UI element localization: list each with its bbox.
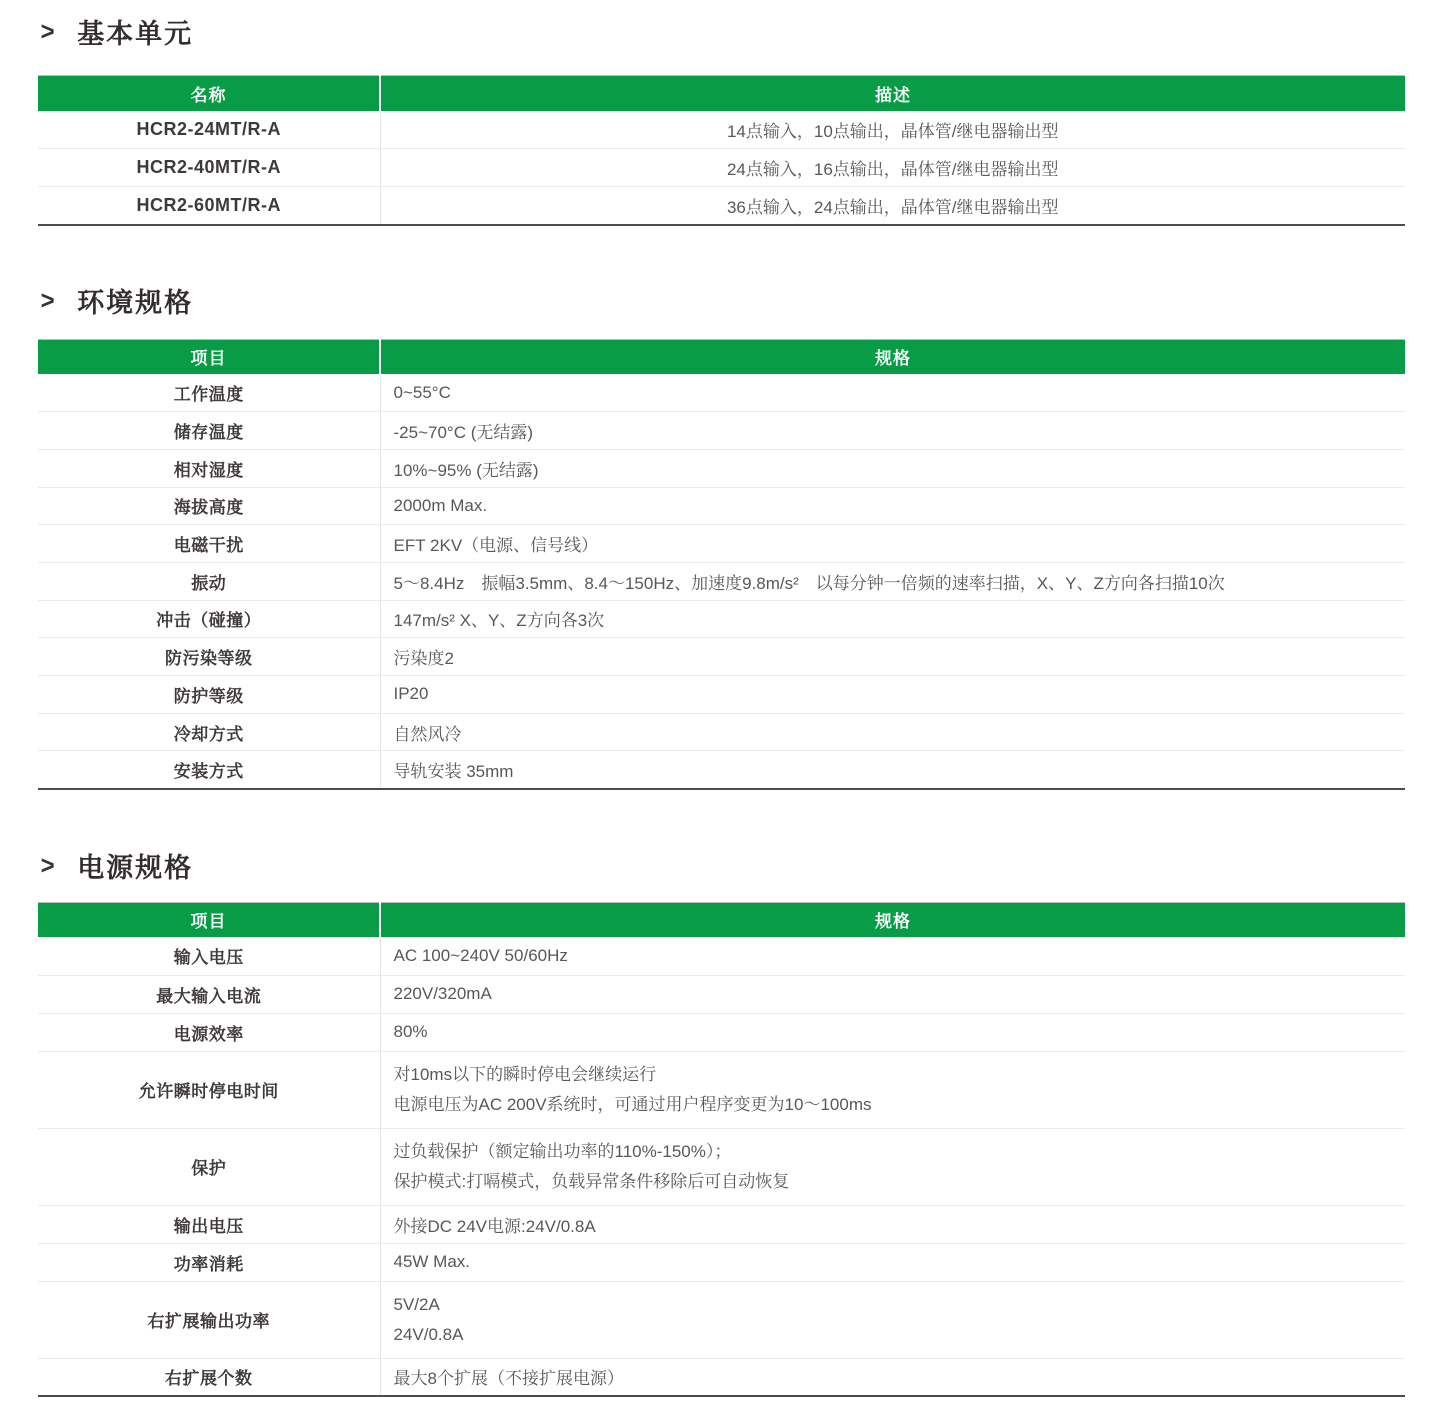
spec-value-cell: 0~55°C — [380, 374, 1405, 412]
column-header-spec: 规格 — [380, 339, 1405, 374]
spec-item-cell: 防污染等级 — [38, 638, 380, 676]
spec-item-cell: 右扩展个数 — [38, 1358, 380, 1396]
spec-value-cell: 最大8个扩展（不接扩展电源） — [380, 1358, 1405, 1396]
spec-item-cell: 右扩展输出功率 — [38, 1281, 380, 1358]
column-header-item: 项目 — [38, 339, 380, 374]
spec-item-cell: 工作温度 — [38, 374, 380, 412]
table-row: 振动 5～8.4Hz 振幅3.5mm、8.4～150Hz、加速度9.8m/s² … — [38, 562, 1405, 600]
header-row: 项目 规格 — [38, 902, 1405, 937]
spec-item-cell: 允许瞬时停电时间 — [38, 1051, 380, 1128]
table-row: 冷却方式 自然风冷 — [38, 713, 1405, 751]
spec-value-cell: 污染度2 — [380, 638, 1405, 676]
spec-value-line: 24V/0.8A — [394, 1320, 1406, 1350]
table-row: 冲击（碰撞） 147m/s² X、Y、Z方向各3次 — [38, 600, 1405, 638]
spec-value-line: 5V/2A — [394, 1290, 1406, 1320]
column-header-name: 名称 — [38, 76, 380, 111]
spec-value-cell: 导轨安装 35mm — [380, 751, 1405, 789]
column-header-desc: 描述 — [380, 76, 1405, 111]
model-desc-cell: 24点输入，16点输出，晶体管/继电器输出型 — [380, 149, 1405, 187]
model-desc-cell: 14点输入，10点输出，晶体管/继电器输出型 — [380, 111, 1405, 149]
table-row: 相对湿度 10%~95% (无结露) — [38, 449, 1405, 487]
section-title: 环境规格 — [77, 281, 193, 320]
table-row: 工作温度 0~55°C — [38, 374, 1405, 412]
spec-value-cell: EFT 2KV（电源、信号线） — [380, 525, 1405, 563]
spec-value-cell: 过负载保护（额定输出功率的110%-150%）； 保护模式:打嗝模式，负载异常条… — [380, 1128, 1405, 1205]
spec-item-cell: 输入电压 — [38, 937, 380, 975]
table-row: 储存温度 -25~70°C (无结露) — [38, 412, 1405, 450]
spec-item-cell: 冷却方式 — [38, 713, 380, 751]
spec-value-cell: 10%~95% (无结露) — [380, 449, 1405, 487]
column-header-item: 项目 — [38, 902, 380, 937]
model-name-cell: HCR2-60MT/R-A — [38, 187, 380, 225]
spec-item-cell: 安装方式 — [38, 751, 380, 789]
spec-value-cell: 45W Max. — [380, 1243, 1405, 1281]
section-heading: > 基本单元 — [38, 14, 1405, 48]
table-row: 输入电压 AC 100~240V 50/60Hz — [38, 937, 1405, 975]
model-desc-cell: 36点输入，24点输出，晶体管/继电器输出型 — [380, 187, 1405, 225]
spec-item-cell: 振动 — [38, 562, 380, 600]
chevron-right-icon: > — [41, 16, 55, 47]
model-name-cell: HCR2-40MT/R-A — [38, 149, 380, 187]
spec-value-cell: 147m/s² X、Y、Z方向各3次 — [380, 600, 1405, 638]
spec-value-cell: 自然风冷 — [380, 713, 1405, 751]
spec-value-cell: IP20 — [380, 676, 1405, 714]
table-row: 允许瞬时停电时间 对10ms以下的瞬时停电会继续运行 电源电压为AC 200V系… — [38, 1051, 1405, 1128]
table-row: HCR2-24MT/R-A 14点输入，10点输出，晶体管/继电器输出型 — [38, 111, 1405, 149]
spec-value-cell: 80% — [380, 1013, 1405, 1051]
spec-item-cell: 电源效率 — [38, 1013, 380, 1051]
spec-value-cell: 对10ms以下的瞬时停电会继续运行 电源电压为AC 200V系统时，可通过用户程… — [380, 1051, 1405, 1128]
spec-item-cell: 冲击（碰撞） — [38, 600, 380, 638]
section-power-spec: > 电源规格 项目 规格 输入电压 AC 100~240V 50/60Hz — [38, 849, 1405, 1398]
table-row: 右扩展输出功率 5V/2A 24V/0.8A — [38, 1281, 1405, 1358]
spec-value-line: 过负载保护（额定输出功率的110%-150%）； — [394, 1137, 1406, 1167]
section-heading: > 环境规格 — [38, 284, 1405, 318]
spec-item-cell: 海拔高度 — [38, 487, 380, 525]
spec-item-cell: 相对湿度 — [38, 449, 380, 487]
spec-value-cell: AC 100~240V 50/60Hz — [380, 937, 1405, 975]
section-title: 基本单元 — [77, 12, 193, 51]
spec-item-cell: 储存温度 — [38, 412, 380, 450]
section-heading: > 电源规格 — [38, 849, 1405, 883]
spec-value-cell: 外接DC 24V电源:24V/0.8A — [380, 1205, 1405, 1243]
header-row: 名称 描述 — [38, 76, 1405, 111]
table-row: 安装方式 导轨安装 35mm — [38, 751, 1405, 789]
spec-item-cell: 功率消耗 — [38, 1243, 380, 1281]
section-basic-unit: > 基本单元 名称 描述 HCR2-24MT/R-A 14点输入，10点输出，晶… — [38, 14, 1405, 226]
chevron-right-icon: > — [41, 850, 55, 881]
table-row: 防污染等级 污染度2 — [38, 638, 1405, 676]
spec-item-cell: 最大输入电流 — [38, 975, 380, 1013]
env-spec-table-wrap: 项目 规格 工作温度 0~55°C 储存温度 -25~70°C (无结露) 相对… — [38, 339, 1405, 790]
table-row: 保护 过负载保护（额定输出功率的110%-150%）； 保护模式:打嗝模式，负载… — [38, 1128, 1405, 1205]
spec-value-line: 电源电压为AC 200V系统时，可通过用户程序变更为10～100ms — [394, 1090, 1406, 1120]
spec-value-cell: 2000m Max. — [380, 487, 1405, 525]
spec-item-cell: 电磁干扰 — [38, 525, 380, 563]
table-row: 电源效率 80% — [38, 1013, 1405, 1051]
env-spec-table: 项目 规格 工作温度 0~55°C 储存温度 -25~70°C (无结露) 相对… — [38, 339, 1405, 790]
table-row: 功率消耗 45W Max. — [38, 1243, 1405, 1281]
spec-value-cell: -25~70°C (无结露) — [380, 412, 1405, 450]
table-row: 海拔高度 2000m Max. — [38, 487, 1405, 525]
table-row: 防护等级 IP20 — [38, 676, 1405, 714]
spec-value-line: 对10ms以下的瞬时停电会继续运行 — [394, 1060, 1406, 1090]
model-name-cell: HCR2-24MT/R-A — [38, 111, 380, 149]
chevron-right-icon: > — [41, 285, 55, 316]
spec-value-cell: 220V/320mA — [380, 975, 1405, 1013]
spec-value-line: 保护模式:打嗝模式，负载异常条件移除后可自动恢复 — [394, 1167, 1406, 1197]
table-row: 最大输入电流 220V/320mA — [38, 975, 1405, 1013]
spec-item-cell: 防护等级 — [38, 676, 380, 714]
table-row: 输出电压 外接DC 24V电源:24V/0.8A — [38, 1205, 1405, 1243]
datasheet-page: > 基本单元 名称 描述 HCR2-24MT/R-A 14点输入，10点输出，晶… — [0, 0, 1440, 1397]
spec-value-cell: 5V/2A 24V/0.8A — [380, 1281, 1405, 1358]
spec-item-cell: 保护 — [38, 1128, 380, 1205]
header-row: 项目 规格 — [38, 339, 1405, 374]
spec-value-cell: 5～8.4Hz 振幅3.5mm、8.4～150Hz、加速度9.8m/s² 以每分… — [380, 562, 1405, 600]
power-spec-table: 项目 规格 输入电压 AC 100~240V 50/60Hz 最大输入电流 22… — [38, 902, 1405, 1398]
table-row: HCR2-60MT/R-A 36点输入，24点输出，晶体管/继电器输出型 — [38, 187, 1405, 225]
section-title: 电源规格 — [77, 846, 193, 885]
basic-unit-table-wrap: 名称 描述 HCR2-24MT/R-A 14点输入，10点输出，晶体管/继电器输… — [38, 75, 1405, 226]
table-row: 电磁干扰 EFT 2KV（电源、信号线） — [38, 525, 1405, 563]
table-row: 右扩展个数 最大8个扩展（不接扩展电源） — [38, 1358, 1405, 1396]
section-env-spec: > 环境规格 项目 规格 工作温度 0~55°C 储存温度 — [38, 284, 1405, 790]
power-spec-table-wrap: 项目 规格 输入电压 AC 100~240V 50/60Hz 最大输入电流 22… — [38, 902, 1405, 1398]
table-row: HCR2-40MT/R-A 24点输入，16点输出，晶体管/继电器输出型 — [38, 149, 1405, 187]
basic-unit-table: 名称 描述 HCR2-24MT/R-A 14点输入，10点输出，晶体管/继电器输… — [38, 75, 1405, 226]
spec-item-cell: 输出电压 — [38, 1205, 380, 1243]
column-header-spec: 规格 — [380, 902, 1405, 937]
